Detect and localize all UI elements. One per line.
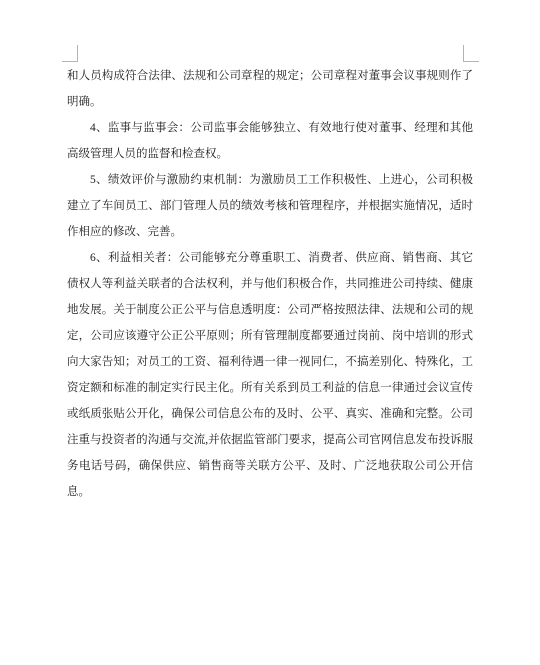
paragraph-item-5-performance: 5、绩效评价与激励约束机制：为激励员工工作积极性、上进心，公司积极建立了车间员工… [67,167,473,245]
document-page: 和人员构成符合法律、法规和公司章程的规定；公司章程对董事会议事规则作了明确。 4… [0,0,540,665]
paragraph-continuation: 和人员构成符合法律、法规和公司章程的规定；公司章程对董事会议事规则作了明确。 [67,63,473,115]
text-boundary-mark-top-left [62,45,78,62]
text-boundary-mark-top-right [463,45,479,62]
paragraph-item-4-supervisors: 4、监事与监事会：公司监事会能够独立、有效地行使对董事、经理和其他高级管理人员的… [67,115,473,167]
document-body-text: 和人员构成符合法律、法规和公司章程的规定；公司章程对董事会议事规则作了明确。 4… [67,63,473,505]
paragraph-item-6-stakeholders: 6、利益相关者：公司能够充分尊重职工、消费者、供应商、销售商、其它债权人等利益关… [67,245,473,505]
